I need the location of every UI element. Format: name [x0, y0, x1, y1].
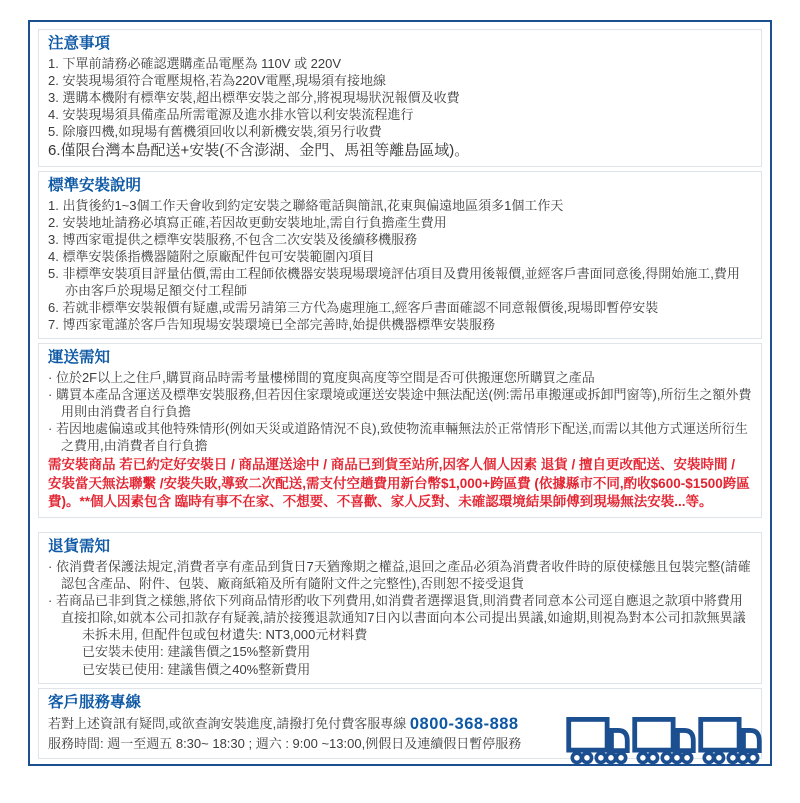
shipping-item: · 購買本產品含運送及標準安裝服務,但若因住家環境或運送安裝途中無法配送(例:需… [48, 386, 752, 420]
returns-title: 退貨需知 [48, 536, 752, 558]
returns-fee-line: 未拆未用, 但配件包或包材遺失: NT3,000元材料費 [48, 626, 752, 644]
shipping-item: · 若因地處偏遠或其他特殊情形(例如天災或道路情況不良),致使物流車輛無法於正常… [48, 420, 752, 454]
notice-item: 2. 安裝現場須符合電壓規格,若為220V電壓,現場須有接地線 [48, 72, 752, 89]
shipping-title: 運送需知 [48, 347, 752, 369]
notice-item: 1. 下單前請務必確認選購產品電壓為 110V 或 220V [48, 55, 752, 72]
truck-icon [632, 717, 696, 765]
service-hotline-text: 若對上述資訊有疑問,或欲查詢安裝進度,請撥打免付費客服專線 [48, 716, 410, 731]
standard-install-item: 3. 博西家電提供之標準安裝服務,不包含二次安裝及後續移機服務 [48, 231, 752, 248]
standard-install-item: 6. 若就非標準安裝報價有疑慮,或需另請第三方代為處理施工,經客戶書面確認不同意… [48, 299, 752, 316]
standard-install-title: 標準安裝說明 [48, 175, 752, 197]
delivery-trucks [566, 717, 762, 765]
service-title: 客戶服務專線 [48, 692, 752, 714]
shipping-warning-text: 需安裝商品 若已約定好安裝日 / 商品運送途中 / 商品已到貨至站所,因客人個人… [48, 456, 752, 512]
returns-fee-line: 已安裝未使用: 建議售價之15%整新費用 [48, 643, 752, 661]
standard-install-item: 1. 出貨後約1~3個工作天會收到約定安裝之聯絡電話與簡訊,花東與偏遠地區須多1… [48, 197, 752, 214]
truck-icon [566, 717, 630, 765]
standard-install-item: 7. 博西家電謹於客戶告知現場安裝環境已全部完善時,始提供機器標準安裝服務 [48, 316, 752, 333]
service-phone-number[interactable]: 0800-368-888 [410, 715, 519, 733]
section-standard-install: 標準安裝說明 1. 出貨後約1~3個工作天會收到約定安裝之聯絡電話與簡訊,花東與… [38, 171, 762, 339]
notice-item: 4. 安裝現場須具備產品所需電源及進水排水管以利安裝流程進行 [48, 106, 752, 123]
section-notice: 注意事項 1. 下單前請務必確認選購產品電壓為 110V 或 220V 2. 安… [38, 29, 762, 167]
info-panel: 注意事項 1. 下單前請務必確認選購產品電壓為 110V 或 220V 2. 安… [28, 20, 772, 766]
standard-install-item: 5. 非標準安裝項目評量估價,需由工程師依機器安裝現場環境評估項目及費用後報價,… [48, 265, 752, 299]
shipping-item: · 位於2F以上之住戶,購買商品時需考量樓梯間的寬度與高度等空間是否可供搬運您所… [48, 369, 752, 386]
notice-item-highlight: 6.僅限台灣本島配送+安裝(不含澎湖、金門、馬祖等離島區域)。 [48, 140, 752, 161]
returns-item: · 若商品已非到貨之樣態,將依下列商品情形酌收下列費用,如消費者選擇退貨,則消費… [48, 592, 752, 626]
notice-title: 注意事項 [48, 33, 752, 55]
standard-install-item: 2. 安裝地址請務必填寫正確,若因故更動安裝地址,需自行負擔產生費用 [48, 214, 752, 231]
notice-item: 5. 除廢四機,如現場有舊機須回收以利新機安裝,須另行收費 [48, 123, 752, 140]
section-shipping: 運送需知 · 位於2F以上之住戶,購買商品時需考量樓梯間的寬度與高度等空間是否可… [38, 343, 762, 518]
returns-item: · 依消費者保護法規定,消費者享有產品到貨日7天猶豫期之權益,退回之產品必須為消… [48, 558, 752, 592]
section-returns: 退貨需知 · 依消費者保護法規定,消費者享有產品到貨日7天猶豫期之權益,退回之產… [38, 532, 762, 685]
standard-install-item: 4. 標準安裝係指機器隨附之原廠配件包可安裝範圍內項目 [48, 248, 752, 265]
notice-item: 3. 選購本機附有標準安裝,超出標準安裝之部分,將視現場狀況報價及收費 [48, 89, 752, 106]
returns-fee-line: 已安裝已使用: 建議售價之40%整新費用 [48, 661, 752, 679]
truck-icon [698, 717, 762, 765]
